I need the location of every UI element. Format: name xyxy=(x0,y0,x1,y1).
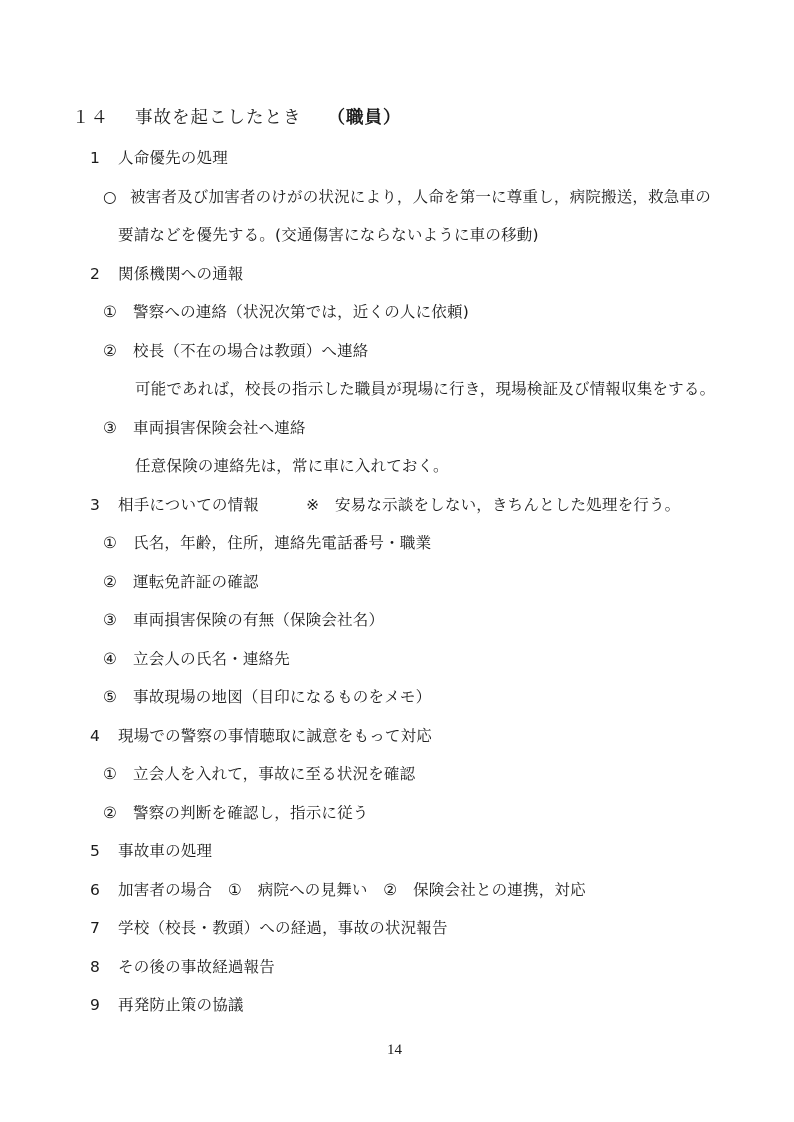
list-item-text: 被害者及び加害者のけがの状況により，人命を第一に尊重し，病院搬送，救急車の xyxy=(130,187,711,207)
list-item-text: 車両損害保険の有無（保険会社名） xyxy=(133,610,384,630)
list-item-text: 警察の判断を確認し，指示に従う xyxy=(133,803,369,823)
list-marker: 7 xyxy=(90,918,100,938)
list-marker: ① xyxy=(103,302,117,322)
list-item-text: 立会人を入れて，事故に至る状況を確認 xyxy=(133,764,415,784)
list-marker: ② xyxy=(103,572,117,592)
section-number: １４ xyxy=(72,108,109,128)
list-marker: ① xyxy=(103,764,117,784)
list-item-text: 人命優先の処理 xyxy=(118,148,228,168)
list-item-text: 警察への連絡（状況次第では，近くの人に依頼) xyxy=(133,302,469,322)
list-item-text: 立会人の氏名・連絡先 xyxy=(133,649,290,669)
list-marker: ② xyxy=(103,803,117,823)
section-tag: （職員） xyxy=(328,108,402,128)
list-item-text: 事故現場の地図（目印になるものをメモ） xyxy=(133,687,431,707)
list-marker: 9 xyxy=(90,995,100,1015)
list-item-text: 運転免許証の確認 xyxy=(133,572,259,592)
section-title: １４事故を起こしたとき（職員） xyxy=(72,108,402,128)
list-item-text: 現場での警察の事情聴取に誠意をもって対応 xyxy=(118,726,432,746)
list-item-text: 再発防止策の協議 xyxy=(118,995,244,1015)
list-item-text: その後の事故経過報告 xyxy=(118,957,275,977)
list-item-text: 関係機関への通報 xyxy=(118,264,244,284)
list-item-text: 任意保険の連絡先は，常に車に入れておく。 xyxy=(135,456,449,476)
list-item-text: 氏名，年齢，住所，連絡先電話番号・職業 xyxy=(133,533,431,553)
list-item-text: 要請などを優先する。(交通傷害にならないように車の移動) xyxy=(118,225,539,245)
list-item-text: 加害者の場合 ① 病院への見舞い ② 保険会社との連携，対応 xyxy=(118,880,586,900)
list-marker: ② xyxy=(103,341,117,361)
list-marker: ③ xyxy=(103,418,117,438)
list-item-text: 事故車の処理 xyxy=(118,841,212,861)
list-marker: ③ xyxy=(103,610,117,630)
list-marker: 4 xyxy=(90,726,100,746)
page-number: 14 xyxy=(387,1042,402,1059)
list-marker: 2 xyxy=(90,264,100,284)
list-marker: ④ xyxy=(103,649,117,669)
list-marker: 3 xyxy=(90,495,100,515)
list-marker: 5 xyxy=(90,841,100,861)
list-item-text: 相手についての情報 ※ 安易な示談をしない，きちんとした処理を行う。 xyxy=(118,495,680,515)
list-item-text: 校長（不在の場合は教頭）へ連絡 xyxy=(133,341,369,361)
list-marker: 8 xyxy=(90,957,100,977)
list-marker: 6 xyxy=(90,880,100,900)
list-marker: ○ xyxy=(103,187,117,207)
list-marker: 1 xyxy=(90,148,100,168)
list-marker: ① xyxy=(103,533,117,553)
list-marker: ⑤ xyxy=(103,687,117,707)
list-item-text: 車両損害保険会社へ連絡 xyxy=(133,418,306,438)
list-item-text: 可能であれば，校長の指示した職員が現場に行き，現場検証及び情報収集をする。 xyxy=(135,379,715,399)
section-heading: 事故を起こしたとき xyxy=(135,108,302,128)
list-item-text: 学校（校長・教頭）への経過，事故の状況報告 xyxy=(118,918,448,938)
